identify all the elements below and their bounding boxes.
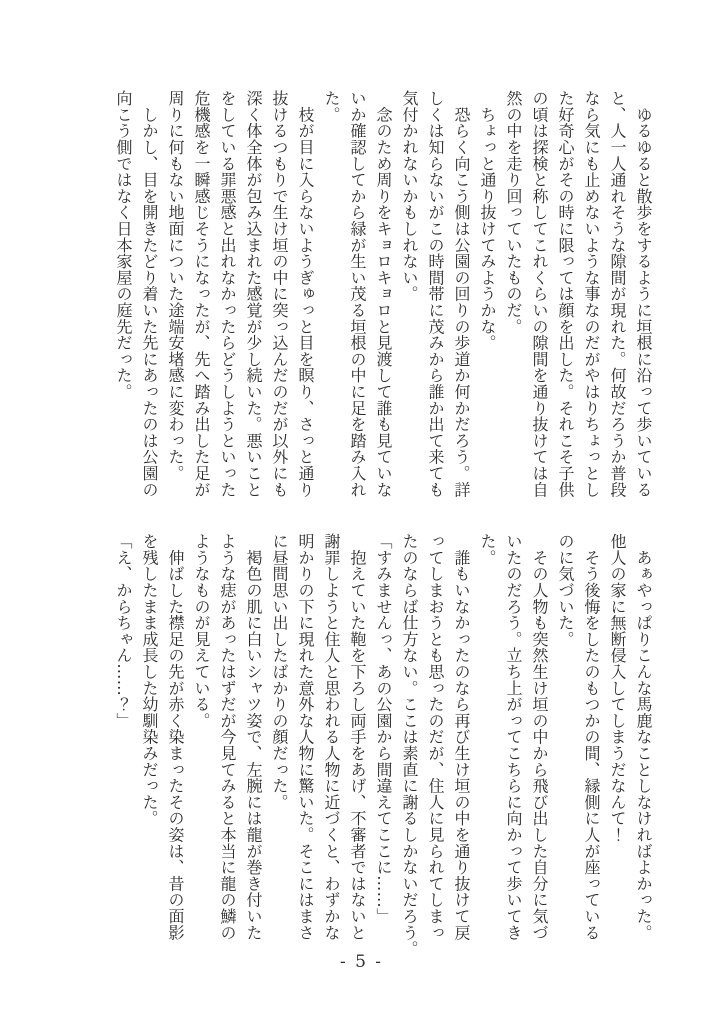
page-number: - 5 - — [0, 952, 723, 972]
text-line: ようなものが見えている。 — [188, 533, 214, 945]
text-line: 向こう側ではなく日本家屋の庭先だった。 — [110, 90, 136, 502]
text-line: なら気にも止めないような事なのだがやはりちょっとし — [578, 90, 604, 502]
text-line: た。 — [474, 533, 500, 945]
text-line: ような痣があったはずだが今見てみると本当に龍の鱗の — [214, 533, 240, 945]
text-line: に昼間思い出したばかりの顔だった。 — [266, 533, 292, 945]
text-line: 誰もいなかったのなら再び生け垣の中を通り抜けて戻 — [448, 533, 474, 945]
text-line: 「すみませんっ、あの公園から間違えてここに……」 — [370, 533, 396, 945]
text-line: の頃は探検と称してこれくらいの隙間を通り抜けては自 — [526, 90, 552, 502]
text-line: そう後悔をしたのもつかの間、縁側に人が座っている — [578, 533, 604, 945]
text-line: いたのだろう。立ち上がってこちらに向かって歩いてき — [500, 533, 526, 945]
text-line: 深く体全体が包み込まれた感覚が少し続いた。悪いこと — [240, 90, 266, 502]
text-line: 「え、からちゃん……？」 — [110, 533, 136, 945]
text-line: 気付かれないかもしれない。 — [396, 90, 422, 502]
text-block-bottom: あぁやっぱりこんな馬鹿なことしなければよかった。他人の家に無断侵入してしまうだな… — [110, 533, 656, 945]
text-line: 伸ばした襟足の先が赤く染まったその姿は、昔の面影 — [162, 533, 188, 945]
novel-page: ゆるゆると散歩をするように垣根に沿って歩いていると、人一人通れそうな隙間が現れた… — [0, 0, 723, 1024]
text-line: のに気づいた。 — [552, 533, 578, 945]
text-line: 恐らく向こう側は公園の回りの歩道か何かだろう。詳 — [448, 90, 474, 502]
text-line: をしている罪悪感と出れなかったらどうしようといった — [214, 90, 240, 502]
text-line: いか確認してから緑が生い茂る垣根の中に足を踏み入れ — [344, 90, 370, 502]
text-line: 枝が目に入らないようぎゅっと目を瞑り、さっと通り — [292, 90, 318, 502]
text-line: 抜けるつもりで生け垣の中に突っ込んだのだが以外にも — [266, 90, 292, 502]
text-line: 明かりの下に現れた意外な人物に驚いた。そこにはまさ — [292, 533, 318, 945]
text-line: 抱えていた鞄を下ろし両手をあげ、不審者ではないと — [344, 533, 370, 945]
text-line: ゆるゆると散歩をするように垣根に沿って歩いている — [630, 90, 656, 502]
text-block-top: ゆるゆると散歩をするように垣根に沿って歩いていると、人一人通れそうな隙間が現れた… — [110, 90, 656, 502]
text-line: 然の中を走り回っていたものだ。 — [500, 90, 526, 502]
text-line: しかし、目を開きたどり着いた先にあったのは公園の — [136, 90, 162, 502]
text-line: ちょっと通り抜けてみようかな。 — [474, 90, 500, 502]
text-line: 謝罪しようと住人と思われる人物に近づくと、わずかな — [318, 533, 344, 945]
text-line: しくは知らないがこの時間帯に茂みから誰か出て来ても — [422, 90, 448, 502]
text-line: を残したまま成長した幼馴染みだった。 — [136, 533, 162, 945]
text-line: その人物も突然生け垣の中から飛び出した自分に気づ — [526, 533, 552, 945]
text-line: と、人一人通れそうな隙間が現れた。何故だろうか普段 — [604, 90, 630, 502]
text-line: 危機感を一瞬感じそうになったが、先へ踏み出した足が — [188, 90, 214, 502]
text-line: ってしまおうとも思ったのだが、住人に見られてしまっ — [422, 533, 448, 945]
text-line: た。 — [318, 90, 344, 502]
text-line: た好奇心がその時に限っては顔を出した。それこそ子供 — [552, 90, 578, 502]
text-line: たのならば仕方ない。ここは素直に謝るしかないだろう。 — [396, 533, 422, 945]
text-line: 周りに何もない地面についた途端安堵感に変わった。 — [162, 90, 188, 502]
text-line: 他人の家に無断侵入してしまうだなんて！ — [604, 533, 630, 945]
text-line: あぁやっぱりこんな馬鹿なことしなければよかった。 — [630, 533, 656, 945]
text-line: 褐色の肌に白いシャツ姿で、左腕には龍が巻き付いた — [240, 533, 266, 945]
text-line: 念のため周りをキョロキョロと見渡して誰も見ていな — [370, 90, 396, 502]
